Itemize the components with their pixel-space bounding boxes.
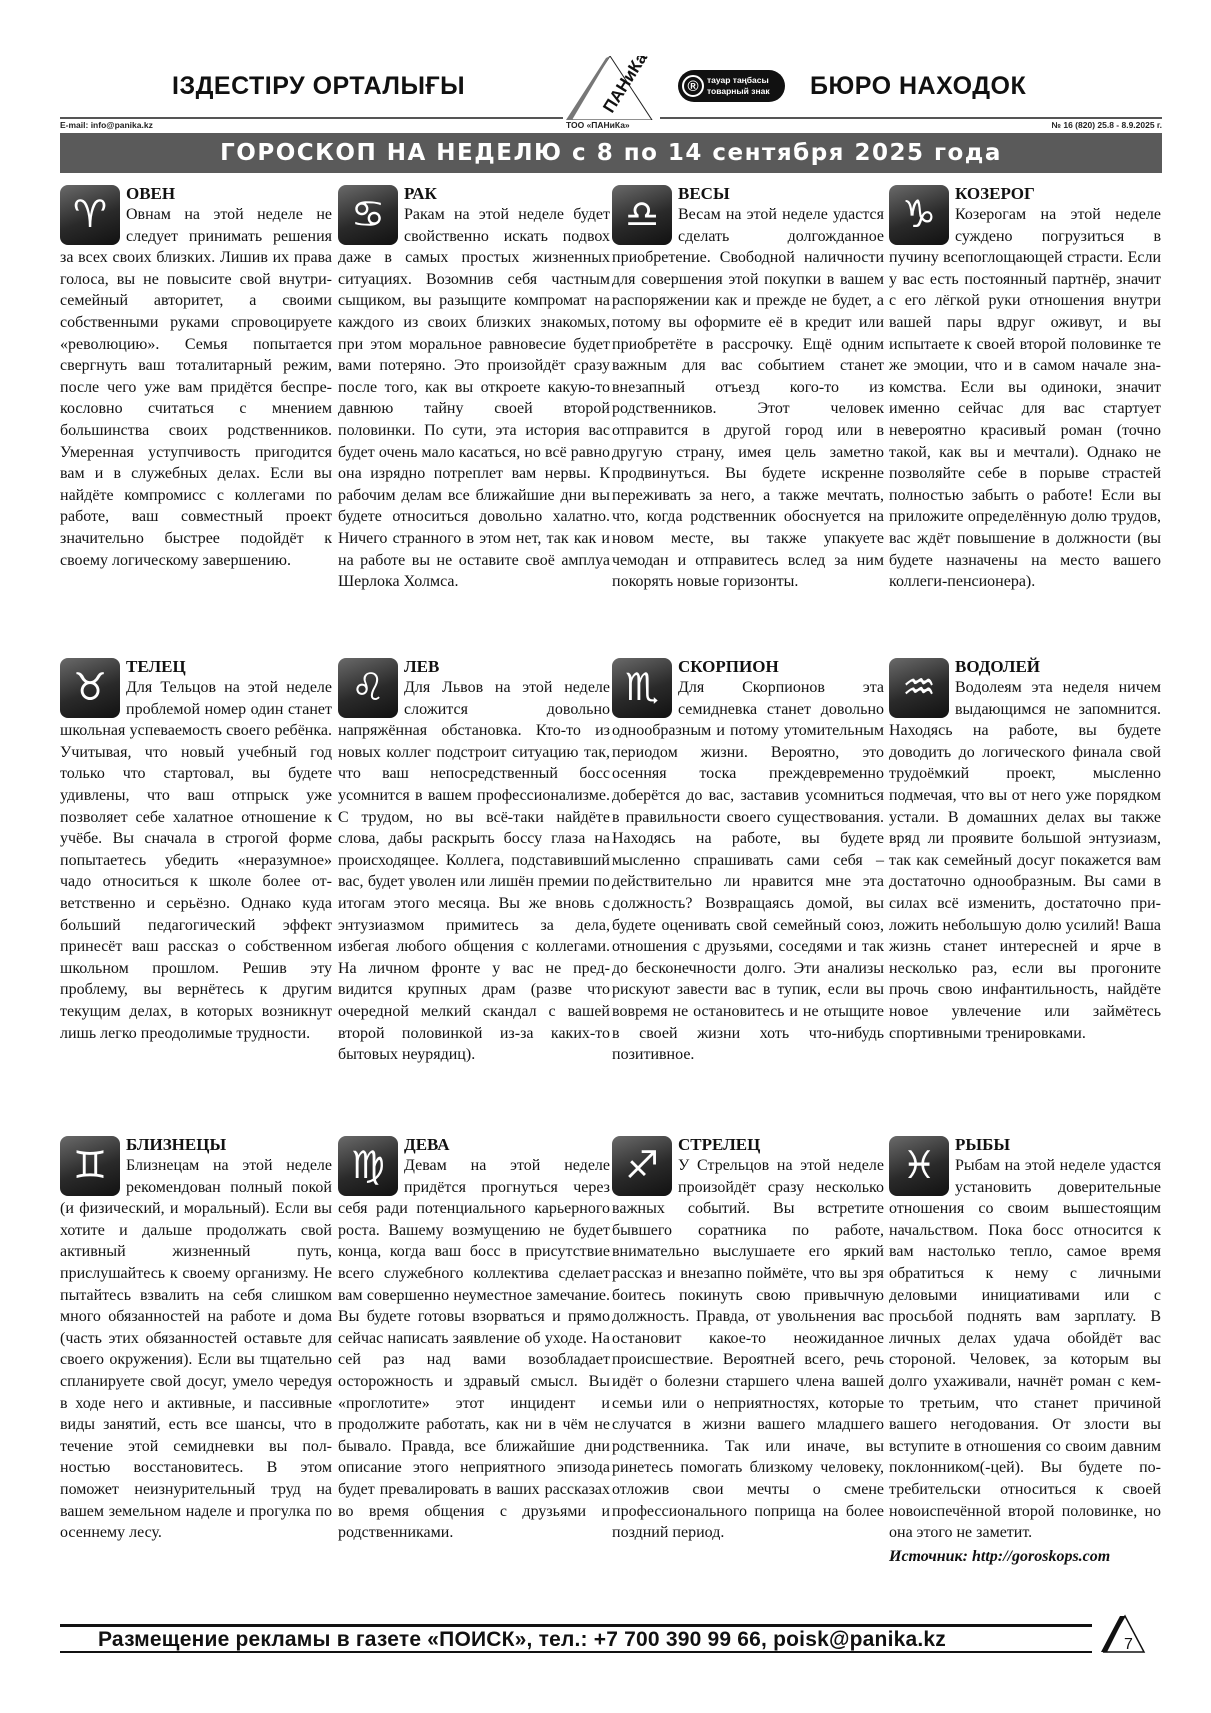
sign-text: У Стрельцов на этой не­деле произойдёт с…	[612, 1157, 884, 1541]
twins-icon: ♊	[60, 1136, 120, 1196]
sign-text: Ракам на этой неделе бу­дет свойственно …	[338, 206, 610, 590]
sign-text: Для Тельцов на этой не­деле проблемой но…	[60, 679, 332, 1042]
sign-cancer: ♋ РАК Ракам на этой неделе бу­дет свойст…	[338, 183, 610, 593]
trademark-russian: товарный знак	[707, 86, 770, 96]
sign-taurus: ♉ ТЕЛЕЦ Для Тельцов на этой не­деле проб…	[60, 656, 332, 1044]
sign-virgo: ♍ ДЕВА Девам на этой неделе придётся про…	[338, 1134, 610, 1544]
sign-text: Весам на этой неделе удастся сделать дол…	[612, 206, 884, 590]
header-rule-right	[660, 117, 1162, 119]
header-rule-left	[60, 117, 563, 119]
page-number-triangle-icon: 7	[1098, 1614, 1148, 1654]
advertising-info: Размещение рекламы в газете «ПОИСК», тел…	[98, 1628, 946, 1652]
page-title-banner: ГОРОСКОП НА НЕДЕЛЮ с 8 по 14 сентября 20…	[60, 133, 1162, 173]
sign-text: Для Скорпионов эта семидневка станет до­…	[612, 679, 884, 1063]
company-name: ТОО «ПАНиКа»	[566, 120, 630, 130]
sign-text: Козерогам на этой неде­ле суждено погруз…	[889, 206, 1161, 590]
scorpion-icon: ♏	[612, 658, 672, 718]
footer-rule-bottom	[60, 1651, 1092, 1653]
page-number: 7	[1124, 1636, 1133, 1653]
sign-gemini: ♊ БЛИЗНЕЦЫ Близнецам на этой неде­ле рек…	[60, 1134, 332, 1544]
sign-text: Девам на этой неделе придётся прогнуться…	[338, 1157, 610, 1541]
water-bearer-icon: ♒	[889, 658, 949, 718]
sign-text: Овнам на этой неделе не следует принимат…	[60, 206, 332, 569]
footer-rule-top	[60, 1624, 1092, 1627]
sign-text: Водолеям эта неделя ничем выдающимся не …	[889, 679, 1161, 1042]
sign-sagittarius: ♐ СТРЕЛЕЦ У Стрельцов на этой не­деле пр…	[612, 1134, 884, 1544]
sign-text: Рыбам на этой неделе удастся установить …	[889, 1157, 1161, 1541]
trademark-badge: ® тауар таңбасы товарный знак	[678, 70, 785, 102]
crab-icon: ♋	[338, 185, 398, 245]
lion-icon: ♌	[338, 658, 398, 718]
trademark-kazakh: тауар таңбасы	[707, 75, 769, 85]
email-link[interactable]: E-mail: info@panika.kz	[60, 120, 153, 130]
issue-number: № 16 (820) 25.8 - 8.9.2025 г.	[1052, 120, 1162, 130]
sign-libra: ♎ ВЕСЫ Весам на этой неделе удастся сдел…	[612, 183, 884, 593]
panika-logo-icon: ПАНиКа	[560, 56, 660, 120]
archer-icon: ♐	[612, 1136, 672, 1196]
sign-scorpio: ♏ СКОРПИОН Для Скорпионов эта семидневка…	[612, 656, 884, 1066]
sign-capricorn: ♑ КОЗЕРОГ Козерогам на этой неде­ле сужд…	[889, 183, 1161, 593]
sign-aquarius: ♒ ВОДОЛЕЙ Водолеям эта неделя ничем выда…	[889, 656, 1161, 1044]
source-link[interactable]: Источник: http://goroskops.com	[889, 1546, 1161, 1568]
goat-icon: ♑	[889, 185, 949, 245]
registered-icon: ®	[682, 75, 704, 97]
header-title-kazakh: ІЗДЕСТІРУ ОРТАЛЫҒЫ	[172, 72, 465, 101]
header-title-russian: БЮРО НАХОДОК	[810, 72, 1026, 101]
ram-icon: ♈	[60, 185, 120, 245]
scales-icon: ♎	[612, 185, 672, 245]
sign-aries: ♈ ОВЕН Овнам на этой неделе не следует п…	[60, 183, 332, 571]
bull-icon: ♉	[60, 658, 120, 718]
fish-icon: ♓	[889, 1136, 949, 1196]
maiden-icon: ♍	[338, 1136, 398, 1196]
sign-text: Близнецам на этой неде­ле рекомендован п…	[60, 1157, 332, 1541]
sign-text: Для Львов на этой не­деле сложится довол…	[338, 679, 610, 1063]
sign-pisces: ♓ РЫБЫ Рыбам на этой неделе удастся уста…	[889, 1134, 1161, 1567]
sign-leo: ♌ ЛЕВ Для Львов на этой не­деле сложится…	[338, 656, 610, 1066]
